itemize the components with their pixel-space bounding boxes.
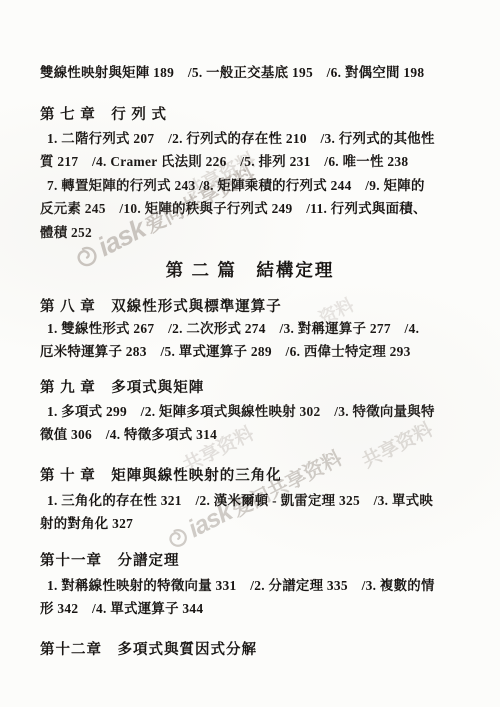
toc-line: 反元素 245 /10. 矩陣的秩與子行列式 249 /11. 行列式與面積、: [40, 197, 472, 220]
part-2-title: 第 二 篇 結構定理: [0, 257, 500, 282]
toc-line: 1. 二階行列式 207 /2. 行列式的存在性 210 /3. 行列式的其他性: [40, 127, 472, 150]
chapter-8-heading: 第 八 章 双線性形式與標準運算子: [40, 295, 472, 316]
toc-line: 1. 雙線性形式 267 /2. 二次形式 274 /3. 對稱運算子 277 …: [40, 317, 472, 340]
chapter-10-heading: 第 十 章 矩陣與線性映射的三角化: [40, 464, 472, 485]
chapter-12-heading: 第十二章 多項式與質因式分解: [40, 638, 472, 659]
toc-line: 1. 多項式 299 /2. 矩陣多項式與線性映射 302 /3. 特徵向量與特: [40, 400, 472, 423]
scanned-toc-page: iask 爱问共享资料 共享资料 共享资料 iask 爱问共享资料 共享资料 资…: [0, 0, 500, 707]
toc-line: 1. 對稱線性映射的特徵向量 331 /2. 分譜定理 335 /3. 複數的情: [40, 574, 472, 597]
toc-line: 1. 三角化的存在性 321 /2. 漢米爾頓 - 凱雷定理 325 /3. 單…: [40, 489, 472, 512]
toc-line: 射的對角化 327: [40, 512, 472, 535]
chapter-10-entries: 1. 三角化的存在性 321 /2. 漢米爾頓 - 凱雷定理 325 /3. 單…: [40, 489, 472, 536]
toc-line: 質 217 /4. Cramer 氏法則 226 /5. 排列 231 /6. …: [40, 150, 472, 173]
toc-line: 形 342 /4. 單式運算子 344: [40, 597, 472, 620]
chapter-9-heading: 第 九 章 多項式與矩陣: [40, 376, 472, 397]
chapter-9-entries: 1. 多項式 299 /2. 矩陣多項式與線性映射 302 /3. 特徵向量與特…: [40, 400, 472, 447]
toc-line: 體積 252: [40, 221, 472, 244]
chapter-11-entries: 1. 對稱線性映射的特徵向量 331 /2. 分譜定理 335 /3. 複數的情…: [40, 574, 472, 621]
chapter-11-heading: 第十一章 分譜定理: [40, 549, 472, 570]
toc-line: 厄米特運算子 283 /5. 單式運算子 289 /6. 西偉士特定理 293: [40, 340, 472, 363]
chapter-7-heading: 第 七 章 行 列 式: [40, 103, 472, 124]
toc-line: 徵值 306 /4. 特徵多項式 314: [40, 423, 472, 446]
chapter-8-entries: 1. 雙線性形式 267 /2. 二次形式 274 /3. 對稱運算子 277 …: [40, 317, 472, 364]
toc-line: 7. 轉置矩陣的行列式 243 /8. 矩陣乘積的行列式 244 /9. 矩陣的: [40, 174, 472, 197]
chapter-7-entries: 1. 二階行列式 207 /2. 行列式的存在性 210 /3. 行列式的其他性…: [40, 127, 472, 244]
toc-continuation-line: 雙線性映射與矩陣 189 /5. 一般正交基底 195 /6. 對偶空間 198: [40, 61, 472, 84]
